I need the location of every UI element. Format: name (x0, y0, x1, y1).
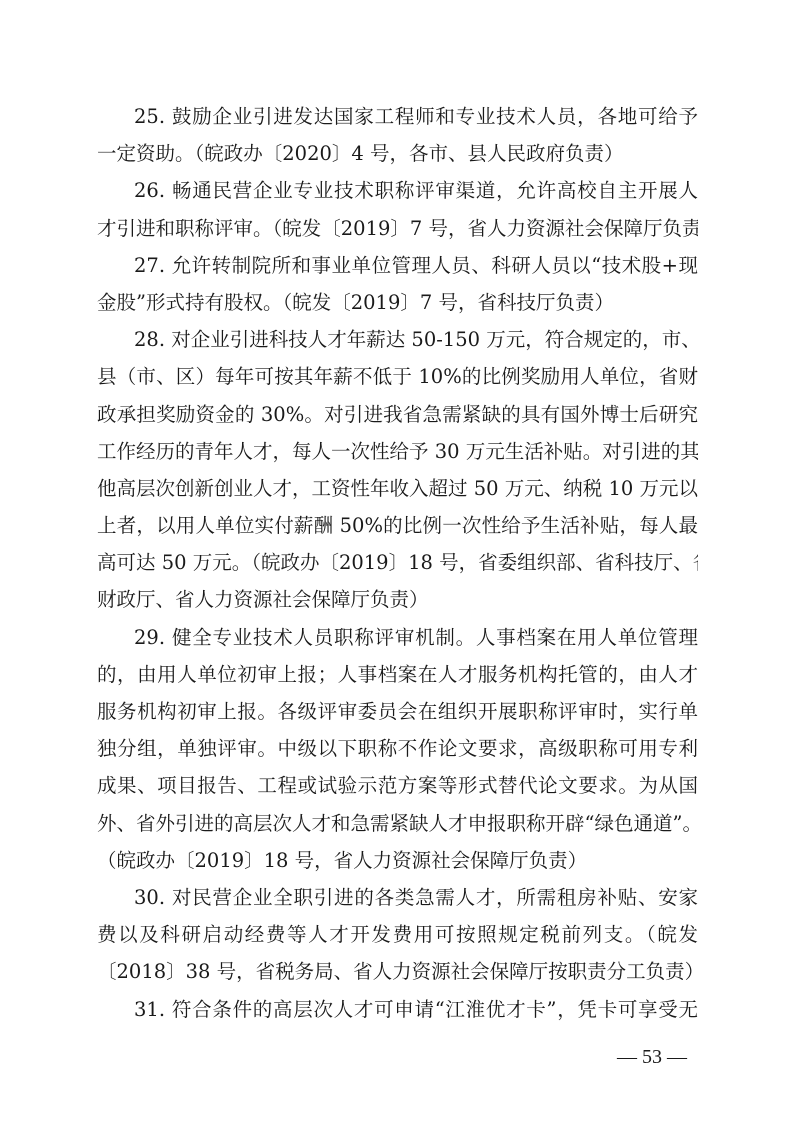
paragraph-25-line-2: 一定资助。（皖政办〔2020〕4 号，各市、县人民政府负责） (97, 135, 698, 172)
paragraph-29-line-2: 的，由用人单位初审上报；人事档案在人才服务机构托管的，由人才 (97, 656, 698, 693)
paragraph-28-line-5: 他高层次创新创业人才，工资性年收入超过 50 万元、纳税 10 万元以 (97, 470, 698, 507)
paragraph-25-line-1: 25. 鼓励企业引进发达国家工程师和专业技术人员，各地可给予 (97, 98, 698, 135)
paragraph-29-line-7: （皖政办〔2019〕18 号，省人力资源社会保障厅负责） (97, 842, 698, 879)
paragraph-28-line-7: 高可达 50 万元。（皖政办〔2019〕18 号，省委组织部、省科技厅、省 (97, 544, 698, 581)
paragraph-29-line-6: 外、省外引进的高层次人才和急需紧缺人才申报职称开辟“绿色通道”。 (97, 805, 698, 842)
paragraph-29-line-5: 成果、项目报告、工程或试验示范方案等形式替代论文要求。为从国 (97, 767, 698, 804)
paragraph-30-line-1: 30. 对民营企业全职引进的各类急需人才，所需租房补贴、安家 (97, 879, 698, 916)
paragraph-28-line-1: 28. 对企业引进科技人才年薪达 50-150 万元，符合规定的，市、 (97, 321, 698, 358)
paragraph-28-line-3: 政承担奖励资金的 30%。对引进我省急需紧缺的具有国外博士后研究 (97, 396, 698, 433)
paragraph-29-line-3: 服务机构初审上报。各级评审委员会在组织开展职称评审时，实行单 (97, 693, 698, 730)
paragraph-26-line-1: 26. 畅通民营企业专业技术职称评审渠道，允许高校自主开展人 (97, 172, 698, 209)
paragraph-30-line-3: 〔2018〕38 号，省税务局、省人力资源社会保障厅按职责分工负责） (97, 953, 698, 990)
paragraph-28-line-8: 财政厅、省人力资源社会保障厅负责） (97, 581, 698, 618)
paragraph-27-line-1: 27. 允许转制院所和事业单位管理人员、科研人员以“技术股+现 (97, 247, 698, 284)
paragraph-30-line-2: 费以及科研启动经费等人才开发费用可按照规定税前列支。（皖发 (97, 916, 698, 953)
paragraph-27-line-2: 金股”形式持有股权。（皖发〔2019〕7 号，省科技厅负责） (97, 284, 698, 321)
paragraph-29-line-4: 独分组，单独评审。中级以下职称不作论文要求，高级职称可用专利 (97, 730, 698, 767)
paragraph-28-line-4: 工作经历的青年人才，每人一次性给予 30 万元生活补贴。对引进的其 (97, 433, 698, 470)
paragraph-28-line-6: 上者，以用人单位实付薪酬 50%的比例一次性给予生活补贴，每人最 (97, 507, 698, 544)
document-page: 25. 鼓励企业引进发达国家工程师和专业技术人员，各地可给予 一定资助。（皖政办… (0, 0, 793, 1122)
paragraph-31-line-1: 31. 符合条件的高层次人才可申请“江淮优才卡”，凭卡可享受无 (97, 991, 698, 1028)
body-text: 25. 鼓励企业引进发达国家工程师和专业技术人员，各地可给予 一定资助。（皖政办… (97, 98, 698, 1028)
page-number: — 53 — (612, 1046, 692, 1069)
paragraph-29-line-1: 29. 健全专业技术人员职称评审机制。人事档案在用人单位管理 (97, 619, 698, 656)
paragraph-28-line-2: 县（市、区）每年可按其年薪不低于 10%的比例奖励用人单位，省财 (97, 358, 698, 395)
paragraph-26-line-2: 才引进和职称评审。（皖发〔2019〕7 号，省人力资源社会保障厅负责） (97, 210, 698, 247)
